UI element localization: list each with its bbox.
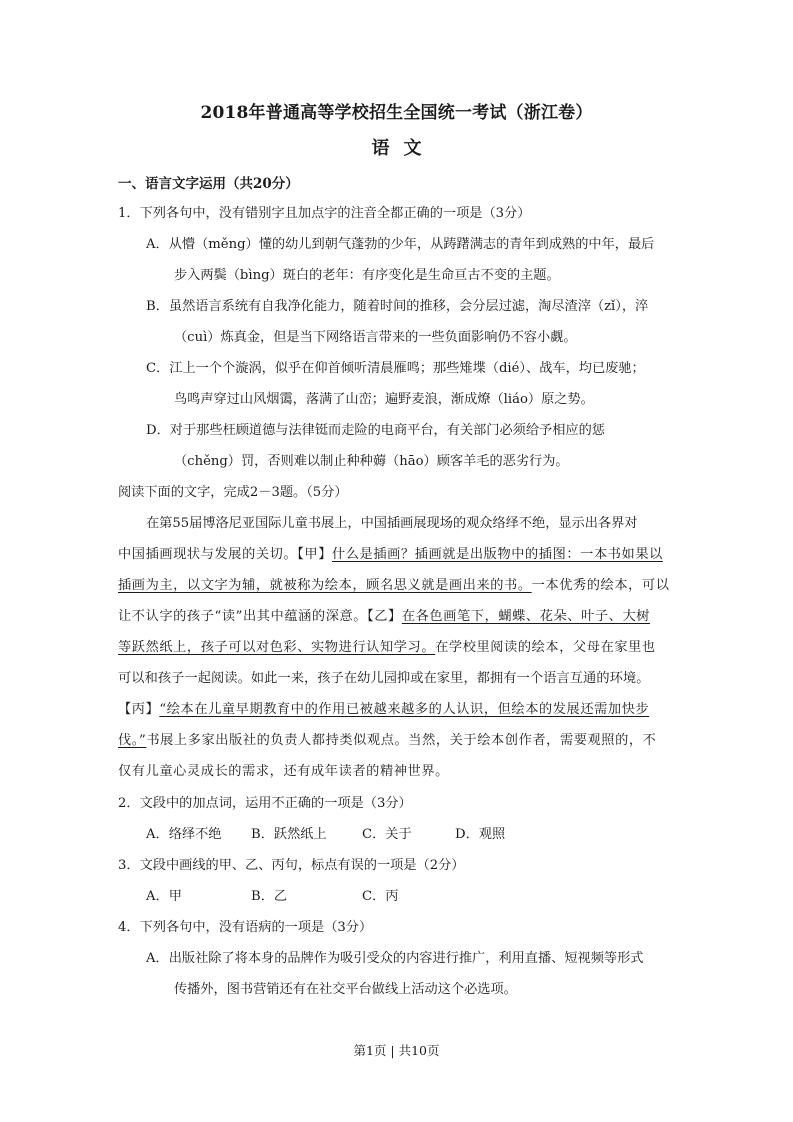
- passage-line-1: 在第55届博洛尼亚国际儿童书展上，中国插画展现场的观众络绎不绝，显示出各界对: [146, 515, 638, 533]
- question-1-option-b-cont: （cuì）炼真金，但是当下网络语言带来的一些负面影响仍不容小觑。: [174, 329, 577, 347]
- underlined-sentence-bing: “绘本在儿童早期教育中的作用已被越来越多的人认识，但绘本的发展还需加快步: [159, 702, 649, 717]
- passage-line-8: 伐。”书展上多家出版社的负责人都持类似观点。当然，关于绘本创作者，需要观照的，不: [118, 732, 656, 750]
- underlined-sentence-yi-cont: 等跃然纸上，孩子可以对色彩、实物进行认知学习。: [118, 640, 435, 655]
- passage-label-bing: 【丙】: [118, 702, 159, 717]
- question-1-stem: 1．下列各句中，没有错别字且加点字的注音全都正确的一项是（3分）: [118, 205, 530, 223]
- question-1-option-a: A．从懵（měng）懂的幼儿到朝气蓬勃的少年，从踌躇满志的青年到成熟的中年，最后: [146, 236, 654, 254]
- passage-line-2: 中国插画现状与发展的关切。【甲】什么是插画？插画就是出版物中的插图：一本书如果以: [118, 546, 663, 564]
- passage-text: 在学校里阅读的绘本，父母在家里也: [435, 640, 656, 655]
- question-3-option-b: B．乙: [251, 888, 287, 906]
- question-4-option-a: A．出版社除了将本身的品牌作为吸引受众的内容进行推广，利用直播、短视频等形式: [146, 950, 643, 968]
- question-3-option-c: C．丙: [362, 888, 398, 906]
- passage-line-9: 仅有儿童心灵成长的需求，还有成年读者的精神世界。: [118, 763, 449, 781]
- question-1-option-a-cont: 步入两鬓（bìng）斑白的老年：有序变化是生命亘古不变的主题。: [174, 267, 560, 285]
- question-4-stem: 4．下列各句中，没有语病的一项是（3分）: [118, 919, 372, 937]
- underlined-sentence-jia: 什么是插画？插画就是出版物中的插图：一本书如果以: [332, 547, 663, 562]
- question-1-option-d: D．对于那些枉顾道德与法律铤而走险的电商平台，有关部门必须给予相应的惩: [146, 422, 605, 440]
- question-2-option-a: A．络绎不绝: [146, 826, 221, 844]
- underlined-sentence-yi: 在各色画笔下，蝴蝶、花朵、叶子、大树: [402, 609, 650, 624]
- passage-text: 书展上多家出版社的负责人都持类似观点。当然，关于绘本创作者，需要观照的，不: [146, 733, 656, 748]
- page-number-footer: 第1页 | 共10页: [0, 1041, 793, 1059]
- passage-text: 一本优秀的绘本，可以: [532, 578, 670, 593]
- underlined-sentence-bing-cont: 伐。”: [118, 733, 146, 748]
- reading-instruction: 阅读下面的文字，完成2－3题。（5分）: [118, 484, 348, 502]
- subject-heading: 语文: [0, 134, 793, 160]
- question-1-option-c-cont: 鸟鸣声穿过山风烟霭，落满了山峦；遍野麦浪，渐成燎（liáo）原之势。: [174, 391, 594, 409]
- underlined-sentence-jia-cont: 插画为主，以文字为辅，就被称为绘本，顾名思义就是画出来的书。: [118, 578, 532, 593]
- question-2-option-b: B．跃然纸上: [251, 826, 327, 844]
- document-title: 2018年普通高等学校招生全国统一考试（浙江卷）: [0, 98, 793, 123]
- passage-line-5: 等跃然纸上，孩子可以对色彩、实物进行认知学习。在学校里阅读的绘本，父母在家里也: [118, 639, 656, 657]
- section-heading: 一、语言文字运用（共20分）: [118, 172, 299, 192]
- passage-text: 让不认字的孩子“读”出其中蕴涵的深意。【乙】: [118, 609, 402, 624]
- passage-line-4: 让不认字的孩子“读”出其中蕴涵的深意。【乙】在各色画笔下，蝴蝶、花朵、叶子、大树: [118, 608, 650, 626]
- passage-text: 中国插画现状与发展的关切。【甲】: [118, 547, 332, 562]
- question-1-option-b: B．虽然语言系统有自我净化能力，随着时间的推移，会分层过滤，淘尽渣滓（zǐ），淬: [146, 298, 648, 316]
- question-3-option-a: A．甲: [146, 888, 182, 906]
- question-2-stem: 2．文段中的加点词，运用不正确的一项是（3分）: [118, 795, 412, 813]
- question-1-option-d-cont: （chěng）罚，否则难以制止种种薅（hāo）顾客羊毛的恶劣行为。: [174, 453, 569, 471]
- passage-line-6: 可以和孩子一起阅读。如此一来，孩子在幼儿园抑或在家里，都拥有一个语言互通的环境。: [118, 670, 650, 688]
- question-1-option-c: C．江上一个个漩涡，似乎在仰首倾听清晨雁鸣；那些雉堞（dié）、战车，均已废驰；: [146, 360, 645, 378]
- passage-line-3: 插画为主，以文字为辅，就被称为绘本，顾名思义就是画出来的书。一本优秀的绘本，可以: [118, 577, 670, 595]
- passage-line-7: 【丙】“绘本在儿童早期教育中的作用已被越来越多的人认识，但绘本的发展还需加快步: [118, 701, 649, 719]
- question-2-option-d: D．观照: [455, 826, 505, 844]
- exam-page: 2018年普通高等学校招生全国统一考试（浙江卷） 语文 一、语言文字运用（共20…: [0, 0, 793, 1122]
- question-4-option-a-cont: 传播外，图书营销还有在社交平台做线上活动这个必选项。: [174, 981, 517, 999]
- question-3-stem: 3．文段中画线的甲、乙、丙句，标点有误的一项是（2分）: [118, 857, 464, 875]
- question-2-option-c: C．关于: [362, 826, 412, 844]
